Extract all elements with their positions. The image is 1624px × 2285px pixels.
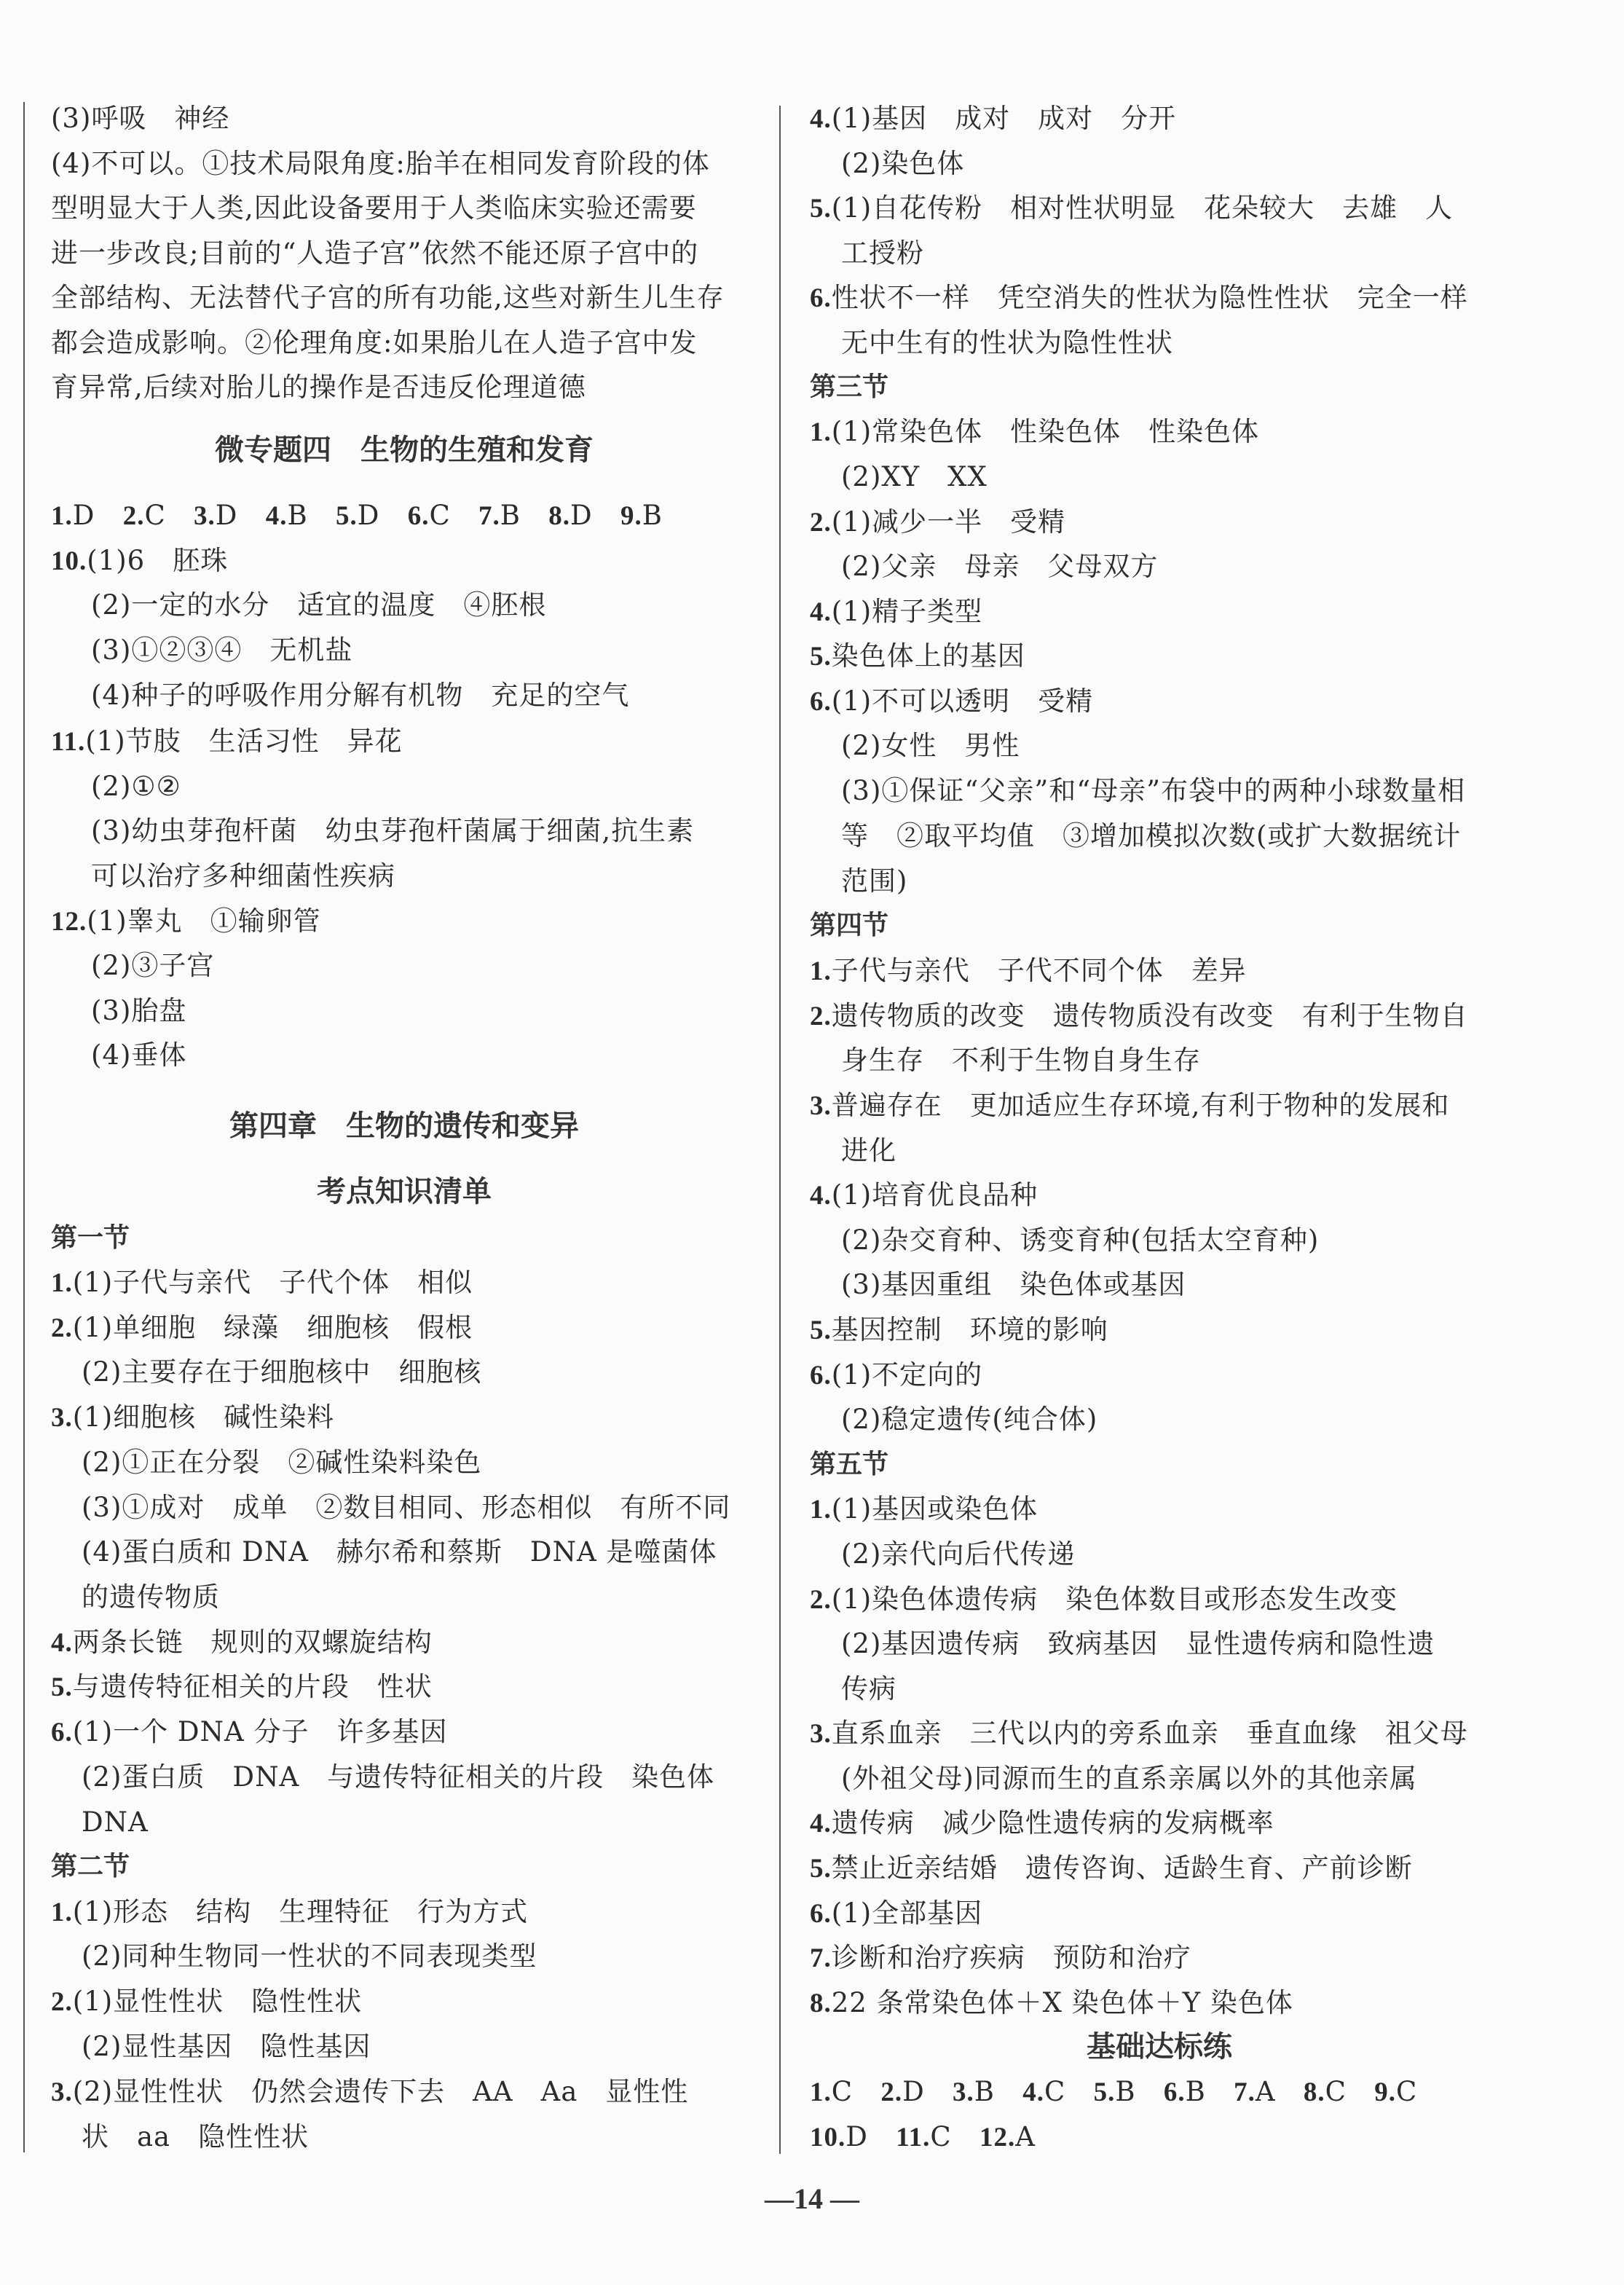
question-number: 5.	[1094, 2077, 1116, 2107]
answer-line: 6.(1)不定向的	[810, 1358, 982, 1392]
answer-text: (2)XY XX	[841, 461, 988, 492]
answer-text: 传病	[841, 1673, 896, 1704]
question-number: 6.	[810, 687, 832, 717]
question-number: 1.	[810, 1495, 832, 1525]
answer-letter: D	[902, 2076, 953, 2107]
answer-line: (4)垂体	[91, 1039, 186, 1072]
answer-text: 直系血亲 三代以内的旁系血亲 垂直血缘 祖父母	[832, 1718, 1468, 1749]
answer-line: 6.性状不一样 凭空消失的性状为隐性性状 完全一样	[810, 281, 1468, 315]
answer-line: 4.(1)基因 成对 成对 分开	[810, 102, 1176, 135]
answer-text: (1)基因 成对 成对 分开	[832, 103, 1176, 134]
answer-text: 等 ②取平均值 ③增加模拟次数(或扩大数据统计	[841, 820, 1461, 852]
answer-text: (1)精子类型	[832, 596, 982, 627]
answer-text: (1)显性性状 隐性性状	[73, 1986, 362, 2017]
answer-text: (1)常染色体 性染色体 性染色体	[832, 416, 1259, 447]
answer-letter: C	[1044, 2076, 1094, 2107]
answer-text: (2)同种生物同一性状的不同表现类型	[82, 1940, 537, 1972]
answer-text: (2)蛋白质 DNA 与遗传特征相关的片段 染色体	[82, 1761, 714, 1793]
answer-line: 的遗传物质	[82, 1581, 220, 1614]
answer-line: 育异常,后续对胎儿的操作是否违反伦理道德	[51, 371, 586, 404]
question-number: 11.	[896, 2123, 930, 2152]
answer-text: 进一步改良;目前的“人造子宫”依然不能还原子宫中的	[51, 237, 698, 269]
answer-line: 3.(1)细胞核 碱性染料	[51, 1401, 334, 1434]
question-number: 1.	[51, 1897, 73, 1927]
question-number: 3.	[51, 2077, 73, 2107]
answer-line: (2)亲代向后代传递	[841, 1538, 1075, 1571]
answer-text: (1)不定向的	[832, 1359, 982, 1391]
answer-text: (1)减少一半 受精	[832, 506, 1065, 538]
question-number: 7.	[478, 501, 500, 531]
answer-line: 2.(1)单细胞 绿藻 细胞核 假根	[51, 1311, 473, 1345]
answer-line: (2)稳定遗传(纯合体)	[841, 1403, 1097, 1436]
answer-line: 1.(1)基因或染色体	[810, 1492, 1038, 1526]
left-margin-rule	[23, 102, 25, 2152]
answer-letter: C	[832, 2076, 881, 2107]
answer-text: (1)染色体遗传病 染色体数目或形态发生改变	[832, 1584, 1398, 1615]
answer-text: (1)一个 DNA 分子 许多基因	[73, 1716, 448, 1747]
answer-letter: B	[642, 500, 663, 531]
answer-text: (2)①正在分裂 ②碱性染料染色	[82, 1447, 481, 1478]
answer-line: 2.(1)减少一半 受精	[810, 506, 1065, 539]
answer-line: 3.普遍存在 更加适应生存环境,有利于物种的发展和	[810, 1089, 1450, 1122]
answer-line: 4.遗传病 减少隐性遗传病的发病概率	[810, 1806, 1274, 1840]
answer-line: 11.(1)节肢 生活习性 异花	[51, 725, 403, 758]
multiple-choice-answers: 1.C 2.D 3.B 4.C 5.B 6.B 7.A 8.C 9.C	[810, 2075, 1417, 2109]
answer-line: 2.(1)显性性状 隐性性状	[51, 1985, 362, 2018]
answer-line: 4.(1)精子类型	[810, 595, 982, 629]
question-number: 2.	[810, 508, 832, 538]
answer-text: 染色体上的基因	[832, 640, 1025, 672]
question-number: 2.	[51, 1313, 73, 1343]
answer-line: 2.(1)染色体遗传病 染色体数目或形态发生改变	[810, 1583, 1398, 1616]
answer-line: (2)父亲 母亲 父母双方	[841, 550, 1158, 583]
question-number: 4.	[810, 1809, 832, 1838]
answer-text: 子代与亲代 子代不同个体 差异	[832, 955, 1247, 986]
subsection-heading: 第四节	[810, 909, 888, 943]
answer-line: 2.遗传物质的改变 遗传物质没有改变 有利于生物自	[810, 999, 1468, 1033]
answer-line: (3)①②③④ 无机盐	[91, 634, 352, 667]
answer-text: (2)女性 男性	[841, 730, 1020, 761]
answer-line: 3.(2)显性性状 仍然会遗传下去 AA Aa 显性性	[51, 2075, 688, 2109]
answer-text: (3)基因重组 染色体或基因	[841, 1269, 1186, 1300]
answer-line: 身生存 不利于生物自身生存	[841, 1044, 1201, 1077]
question-number: 2.	[810, 1585, 832, 1615]
section-heading: 第四章 生物的遗传和变异	[51, 1108, 757, 1144]
question-number: 4.	[810, 1181, 832, 1211]
column-divider	[779, 106, 781, 2154]
section-heading: 考点知识清单	[51, 1173, 757, 1210]
answer-text: (1)细胞核 碱性染料	[73, 1401, 334, 1433]
answer-line: (3)①保证“父亲”和“母亲”布袋中的两种小球数量相	[841, 774, 1465, 808]
answer-text: (3)胎盘	[91, 995, 186, 1026]
answer-line: 12.(1)睾丸 ①输卵管	[51, 905, 321, 938]
answer-text: (4)种子的呼吸作用分解有机物 充足的空气	[91, 680, 629, 711]
page-number: —14 —	[0, 2182, 1624, 2216]
answer-text: 普遍存在 更加适应生存环境,有利于物种的发展和	[832, 1090, 1450, 1121]
answer-text: 可以治疗多种细菌性疾病	[91, 860, 395, 892]
question-number: 6.	[810, 283, 832, 313]
answer-text: 遗传病 减少隐性遗传病的发病概率	[832, 1807, 1274, 1838]
answer-text: 基因控制 环境的影响	[832, 1314, 1108, 1345]
answer-text: 遗传物质的改变 遗传物质没有改变 有利于生物自	[832, 1000, 1468, 1031]
answer-line: 6.(1)一个 DNA 分子 许多基因	[51, 1715, 447, 1749]
answer-text: (2)③子宫	[91, 950, 214, 981]
question-number: 9.	[620, 501, 642, 531]
question-number: 3.	[810, 1719, 832, 1749]
answer-line: 传病	[841, 1672, 896, 1706]
answer-letter: C	[429, 500, 478, 531]
answer-line: 工授粉	[841, 237, 924, 270]
answer-line: 1.(1)子代与亲代 子代个体 相似	[51, 1266, 473, 1299]
answer-text: 与遗传特征相关的片段 性状	[73, 1671, 433, 1702]
question-number: 5.	[51, 1672, 73, 1702]
question-number: 6.	[51, 1718, 73, 1747]
multiple-choice-answers: 10.D 11.C 12.A	[810, 2120, 1036, 2154]
answer-text: (3)呼吸 神经	[51, 103, 229, 134]
answer-text: 无中生有的性状为隐性性状	[841, 327, 1173, 358]
answer-text: (3)①保证“父亲”和“母亲”布袋中的两种小球数量相	[841, 775, 1465, 806]
subsection-heading: 第二节	[51, 1850, 130, 1884]
answer-line: (4)蛋白质和 DNA 赫尔希和蔡斯 DNA 是噬菌体	[82, 1535, 717, 1569]
answer-letter: B	[974, 2076, 1022, 2107]
answer-text: (1)形态 结构 生理特征 行为方式	[73, 1896, 528, 1927]
answer-line: 7.诊断和治疗疾病 预防和治疗	[810, 1941, 1191, 1975]
subsection-heading: 第一节	[51, 1222, 130, 1255]
answer-line: (2)杂交育种、诱变育种(包括太空育种)	[841, 1224, 1319, 1257]
answer-text: (4)不可以。①技术局限角度:胎羊在相同发育阶段的体	[51, 148, 710, 179]
answer-text: (外祖父母)同源而生的直系亲属以外的其他亲属	[841, 1763, 1417, 1794]
answer-text: (3)幼虫芽孢杆菌 幼虫芽孢杆菌属于细菌,抗生素	[91, 815, 694, 846]
question-number: 7.	[1234, 2077, 1256, 2107]
question-number: 8.	[810, 1989, 832, 2018]
answer-text: (2)杂交育种、诱变育种(包括太空育种)	[841, 1224, 1319, 1256]
answer-line: 进一步改良;目前的“人造子宫”依然不能还原子宫中的	[51, 237, 698, 270]
answer-line: 4.(1)培育优良品种	[810, 1179, 1038, 1212]
answer-line: (4)种子的呼吸作用分解有机物 充足的空气	[91, 679, 629, 712]
answer-text: (1)全部基因	[832, 1897, 982, 1929]
answer-text: (1)单细胞 绿藻 细胞核 假根	[73, 1312, 473, 1343]
question-number: 12.	[51, 907, 87, 937]
question-number: 5.	[810, 1315, 832, 1345]
answer-letter: A	[1256, 2076, 1304, 2107]
question-number: 12.	[979, 2123, 1015, 2152]
answer-letter: D	[570, 500, 620, 531]
question-number: 5.	[336, 501, 358, 531]
answer-line: (2)XY XX	[841, 460, 988, 494]
answer-line: 等 ②取平均值 ③增加模拟次数(或扩大数据统计	[841, 819, 1461, 853]
answer-line: 1.(1)常染色体 性染色体 性染色体	[810, 415, 1259, 449]
answer-line: 状 aa 隐性性状	[82, 2120, 309, 2154]
question-number: 10.	[810, 2123, 845, 2152]
answer-text: (2)染色体	[841, 148, 964, 179]
answer-line: 范围)	[841, 865, 907, 898]
answer-text: (4)蛋白质和 DNA 赫尔希和蔡斯 DNA 是噬菌体	[82, 1536, 717, 1568]
answer-letter: C	[1325, 2076, 1375, 2107]
answer-line: 5.与遗传特征相关的片段 性状	[51, 1670, 433, 1704]
answer-line: (2)染色体	[841, 147, 964, 181]
answer-line: 进化	[841, 1134, 896, 1168]
answer-line: (3)基因重组 染色体或基因	[841, 1268, 1186, 1302]
question-number: 2.	[810, 1002, 832, 1031]
answer-letter: B	[1186, 2076, 1234, 2107]
answer-text: 禁止近亲结婚 遗传咨询、适龄生育、产前诊断	[832, 1852, 1413, 1884]
answer-line: 5.(1)自花传粉 相对性状明显 花朵较大 去雄 人	[810, 192, 1453, 225]
subsection-heading: 第五节	[810, 1448, 888, 1482]
question-number: 3.	[810, 1091, 832, 1121]
answer-text: (1)节肢 生活习性 异花	[85, 725, 402, 757]
answer-text: (2)一定的水分 适宜的温度 ④胚根	[91, 589, 546, 621]
answer-text: 两条长链 规则的双螺旋结构	[73, 1627, 433, 1658]
answer-line: 6.(1)全部基因	[810, 1897, 982, 1930]
answer-text: (1)子代与亲代 子代个体 相似	[73, 1267, 473, 1298]
question-number: 3.	[953, 2077, 974, 2107]
question-number: 1.	[810, 956, 832, 986]
answer-letter: D	[73, 500, 123, 531]
answer-text: (2)亲代向后代传递	[841, 1538, 1075, 1570]
answer-text: 22 条常染色体＋X 染色体＋Y 染色体	[832, 1987, 1293, 2018]
answer-text: 性状不一样 凭空消失的性状为隐性性状 完全一样	[832, 282, 1468, 313]
answer-text: 工授粉	[841, 237, 924, 269]
answer-text: 都会造成影响。②伦理角度:如果胎儿在人造子宫中发	[51, 327, 697, 358]
answer-line: 都会造成影响。②伦理角度:如果胎儿在人造子宫中发	[51, 326, 697, 360]
answer-line: (2)同种生物同一性状的不同表现类型	[82, 1940, 537, 1973]
answer-line: 5.禁止近亲结婚 遗传咨询、适龄生育、产前诊断	[810, 1852, 1413, 1885]
answer-line: (2)显性基因 隐性基因	[82, 2030, 371, 2064]
question-number: 5.	[810, 194, 832, 224]
answer-line: DNA	[82, 1806, 149, 1839]
answer-line: (3)呼吸 神经	[51, 102, 229, 135]
answer-text: 全部结构、无法替代子宫的所有功能,这些对新生儿生存	[51, 282, 725, 313]
answer-text: (2)基因遗传病 致病基因 显性遗传病和隐性遗	[841, 1628, 1435, 1659]
answer-line: (2)①正在分裂 ②碱性染料染色	[82, 1446, 481, 1479]
answer-text: (1)不可以透明 受精	[832, 685, 1093, 717]
question-number: 3.	[51, 1403, 73, 1433]
answer-line: (3)幼虫芽孢杆菌 幼虫芽孢杆菌属于细菌,抗生素	[91, 814, 694, 848]
answer-text: (2)显性性状 仍然会遗传下去 AA Aa 显性性	[73, 2076, 689, 2107]
question-number: 6.	[1164, 2077, 1186, 2107]
question-number: 4.	[810, 104, 832, 134]
question-number: 6.	[810, 1361, 832, 1391]
answer-text: (1)睾丸 ①输卵管	[87, 905, 320, 937]
answer-letter: B	[288, 500, 336, 531]
answer-text: (2)显性基因 隐性基因	[82, 2031, 371, 2062]
answer-line: 全部结构、无法替代子宫的所有功能,这些对新生儿生存	[51, 281, 725, 315]
question-number: 7.	[810, 1943, 832, 1973]
answer-text: (2)稳定遗传(纯合体)	[841, 1404, 1097, 1435]
question-number: 2.	[51, 1987, 73, 2017]
answer-line: 8.22 条常染色体＋X 染色体＋Y 染色体	[810, 1986, 1293, 2020]
answer-line: (2)主要存在于细胞核中 细胞核	[82, 1356, 481, 1389]
multiple-choice-answers: 1.D 2.C 3.D 4.B 5.D 6.C 7.B 8.D 9.B	[51, 499, 663, 532]
answer-text: (2)父亲 母亲 父母双方	[841, 551, 1158, 582]
question-number: 4.	[1022, 2077, 1044, 2107]
answer-text: 的遗传物质	[82, 1581, 220, 1613]
answer-text: (4)垂体	[91, 1039, 186, 1071]
answer-line: 3.直系血亲 三代以内的旁系血亲 垂直血缘 祖父母	[810, 1717, 1468, 1750]
question-number: 6.	[810, 1899, 832, 1929]
answer-letter: A	[1015, 2121, 1036, 2152]
answer-text: (2)主要存在于细胞核中 细胞核	[82, 1356, 481, 1388]
question-number: 4.	[51, 1628, 73, 1658]
answer-letter: D	[845, 2121, 896, 2152]
answer-line: 可以治疗多种细菌性疾病	[91, 860, 395, 893]
answer-line: 10.(1)6 胚珠	[51, 544, 228, 578]
answer-text: (1)6 胚珠	[87, 545, 228, 576]
answer-text: 范围)	[841, 865, 907, 897]
question-number: 1.	[51, 501, 73, 531]
answer-text: (2)①②	[91, 771, 181, 802]
section-heading: 微专题四 生物的生殖和发育	[51, 432, 757, 468]
answer-line: (3)胎盘	[91, 994, 186, 1028]
answer-letter: C	[1396, 2076, 1417, 2107]
answer-line: 无中生有的性状为隐性性状	[841, 326, 1173, 360]
answer-text: (1)培育优良品种	[832, 1179, 1038, 1211]
answer-line: 5.染色体上的基因	[810, 640, 1025, 673]
answer-text: DNA	[82, 1806, 149, 1838]
question-number: 1.	[51, 1268, 73, 1298]
answer-line: (3)①成对 成单 ②数目相同、形态相似 有所不同	[82, 1491, 730, 1525]
answer-letter: B	[500, 500, 548, 531]
question-number: 5.	[810, 642, 832, 672]
answer-text: (1)自花传粉 相对性状明显 花朵较大 去雄 人	[832, 192, 1453, 224]
answer-line: (2)一定的水分 适宜的温度 ④胚根	[91, 589, 546, 622]
answer-line: 5.基因控制 环境的影响	[810, 1313, 1108, 1347]
answer-line: (4)不可以。①技术局限角度:胎羊在相同发育阶段的体	[51, 147, 710, 181]
answer-text: (1)基因或染色体	[832, 1493, 1038, 1525]
question-number: 6.	[408, 501, 430, 531]
answer-letter: D	[358, 500, 408, 531]
answer-text: 状 aa 隐性性状	[82, 2121, 309, 2152]
answer-line: 1.(1)形态 结构 生理特征 行为方式	[51, 1895, 528, 1929]
question-number: 9.	[1374, 2077, 1396, 2107]
question-number: 8.	[1304, 2077, 1325, 2107]
answer-letter: C	[144, 500, 194, 531]
answer-text: 育异常,后续对胎儿的操作是否违反伦理道德	[51, 371, 586, 403]
answer-line: 4.两条长链 规则的双螺旋结构	[51, 1626, 433, 1659]
answer-text: 进化	[841, 1135, 896, 1166]
answer-text: (3)①成对 成单 ②数目相同、形态相似 有所不同	[82, 1492, 730, 1523]
question-number: 11.	[51, 727, 85, 757]
subsection-heading: 第三节	[810, 371, 888, 404]
question-number: 3.	[194, 501, 216, 531]
answer-text: 诊断和治疗疾病 预防和治疗	[832, 1942, 1191, 1973]
section-heading: 基础达标练	[810, 2029, 1509, 2065]
answer-letter: D	[216, 500, 266, 531]
answer-text: 型明显大于人类,因此设备要用于人类临床实验还需要	[51, 192, 697, 224]
question-number: 1.	[810, 417, 832, 447]
question-number: 10.	[51, 546, 87, 576]
answer-line: (外祖父母)同源而生的直系亲属以外的其他亲属	[841, 1762, 1417, 1796]
answer-line: 6.(1)不可以透明 受精	[810, 685, 1093, 718]
answer-line: 1.子代与亲代 子代不同个体 差异	[810, 954, 1247, 988]
answer-line: (2)女性 男性	[841, 729, 1020, 763]
answer-line: (2)蛋白质 DNA 与遗传特征相关的片段 染色体	[82, 1761, 714, 1794]
answer-line: (2)①②	[91, 770, 181, 803]
answer-line: (2)基因遗传病 致病基因 显性遗传病和隐性遗	[841, 1627, 1435, 1661]
question-number: 2.	[123, 501, 145, 531]
question-number: 4.	[810, 597, 832, 627]
question-number: 2.	[880, 2077, 902, 2107]
question-number: 4.	[266, 501, 288, 531]
question-number: 8.	[548, 501, 570, 531]
answer-letter: C	[930, 2121, 979, 2152]
question-number: 5.	[810, 1854, 832, 1884]
answer-line: (2)③子宫	[91, 949, 214, 983]
answer-line: 型明显大于人类,因此设备要用于人类临床实验还需要	[51, 192, 697, 225]
answer-text: 身生存 不利于生物自身生存	[841, 1045, 1201, 1076]
question-number: 1.	[810, 2077, 832, 2107]
answer-letter: B	[1115, 2076, 1163, 2107]
answer-text: (3)①②③④ 无机盐	[91, 634, 352, 666]
